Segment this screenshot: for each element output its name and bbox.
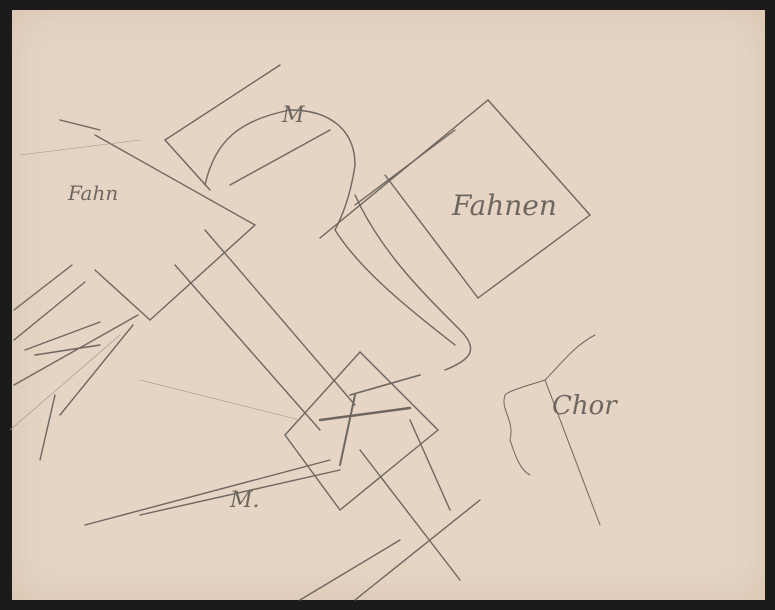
label-chor: Chor [552, 391, 618, 421]
label-m-top: M [281, 103, 305, 128]
faint-lines [10, 140, 300, 430]
chor-figure [504, 335, 600, 525]
label-m-bottom: M. [229, 488, 260, 513]
pencil-sketch: Fahn Fahnen Chor M M. [0, 0, 775, 610]
left-hatching [14, 265, 138, 460]
label-fahnen-right: Fahnen [451, 189, 557, 222]
label-fahnen-left: Fahn [67, 181, 118, 205]
top-frame-shape [165, 65, 355, 230]
lower-band [85, 420, 480, 600]
left-flag-shape [60, 120, 255, 320]
